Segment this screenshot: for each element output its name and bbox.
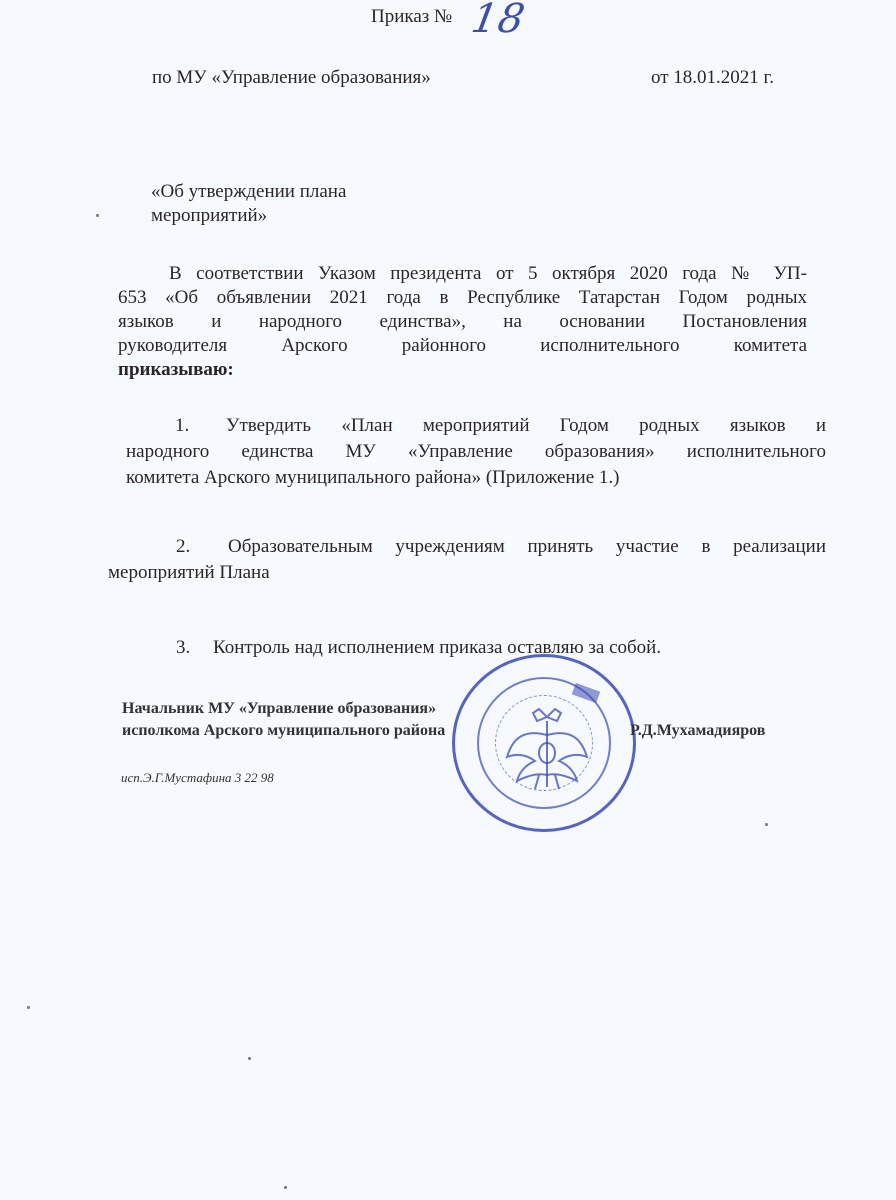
order-number-handwritten: 18 bbox=[468, 0, 529, 42]
executor-contact: исп.Э.Г.Мустафина 3 22 98 bbox=[121, 770, 274, 786]
item-3-number: 3. bbox=[176, 636, 190, 660]
item-1-line-2: народного единства МУ «Управление образо… bbox=[126, 440, 826, 464]
item-1-line-3: комитета Арского муниципального района» … bbox=[126, 466, 619, 490]
order-date: от 18.01.2021 г. bbox=[651, 66, 774, 90]
item-2-line-1: Образовательным учреждениям принять учас… bbox=[228, 535, 826, 559]
preamble-line-3: языков и народного единства», на основан… bbox=[118, 310, 807, 334]
signatory-position-line-1: Начальник МУ «Управление образования» bbox=[122, 700, 436, 718]
signatory-position-line-2: исполкома Арского муниципального района bbox=[122, 722, 445, 740]
item-1-line-1: Утвердить «План мероприятий Годом родных… bbox=[226, 414, 826, 438]
issuer: по МУ «Управление образования» bbox=[152, 66, 431, 90]
preamble-line-2: 653 «Об объявлении 2021 года в Республик… bbox=[118, 286, 807, 310]
order-word: приказываю: bbox=[118, 358, 234, 382]
scan-speck bbox=[765, 823, 768, 826]
official-seal-stamp-icon bbox=[452, 654, 636, 832]
preamble-line-1: В соответствии Указом президента от 5 ок… bbox=[169, 262, 807, 286]
subject-line-2: мероприятий» bbox=[151, 204, 267, 228]
scan-speck bbox=[248, 1057, 251, 1060]
preamble-line-4: руководителя Арского районного исполните… bbox=[118, 334, 807, 358]
scan-speck bbox=[27, 1006, 30, 1009]
signatory-name: Р.Д.Мухамадияров bbox=[630, 722, 765, 740]
scan-speck bbox=[96, 214, 99, 217]
item-2-number: 2. bbox=[176, 535, 190, 559]
scan-speck bbox=[284, 1186, 287, 1189]
item-1-number: 1. bbox=[175, 414, 189, 438]
item-2-line-2: мероприятий Плана bbox=[108, 561, 270, 585]
subject-line-1: «Об утверждении плана bbox=[151, 180, 346, 204]
order-title: Приказ № bbox=[371, 6, 452, 28]
